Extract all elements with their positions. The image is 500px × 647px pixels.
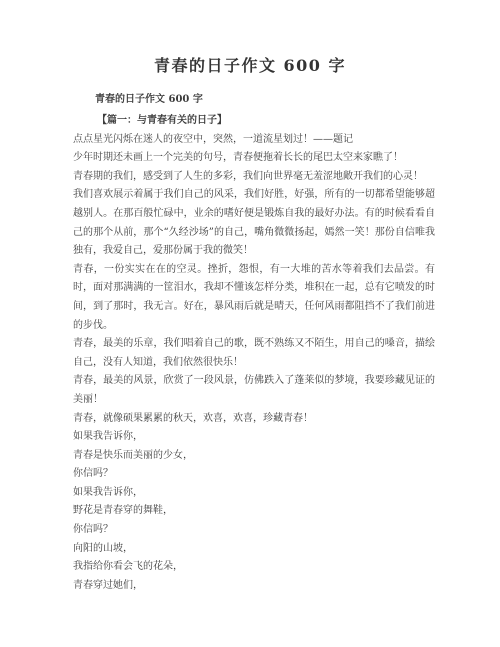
paragraph: 我们喜欢展示着属于我们自己的风采，我们好胜，好强，所有的一切都希望能够超越别人。… <box>73 186 435 260</box>
poem-line: 如果我告诉你， <box>73 484 435 503</box>
page-title: 青春的日子作文 600 字 <box>0 53 500 76</box>
poem-line: 青春是快乐而美丽的少女， <box>73 447 435 466</box>
poem-line: 你信吗？ <box>73 521 435 540</box>
poem-line: 向阳的山坡， <box>73 540 435 559</box>
subtitle: 青春的日子作文 600 字 <box>95 90 203 105</box>
document-page: 青春的日子作文 600 字 青春的日子作文 600 字 【篇一：与青春有关的日子… <box>0 0 500 647</box>
paragraph: 青春，最美的风景，欣赏了一段风景，仿佛跌入了蓬莱似的梦境，我要珍藏见证的美丽！ <box>73 372 435 409</box>
paragraph: 青春，最美的乐章，我们唱着自己的歌，既不熟练又不陌生，用自己的嗓音，描绘自己，没… <box>73 335 435 372</box>
poem-line: 如果我告诉你， <box>73 428 435 447</box>
paragraph: 青春，一份实实在在的空灵。挫折，怨恨，有一大堆的苦水等着我们去品尝。有时，面对那… <box>73 261 435 335</box>
poem-line: 野花是青春穿的舞鞋， <box>73 502 435 521</box>
paragraph: 青春期的我们，感受到了人生的多彩，我们向世界毫无羞涩地敞开我们的心灵！ <box>73 168 435 187</box>
paragraph: 青春，就像硕果累累的秋天，欢喜，欢喜，珍藏青春！ <box>73 410 435 429</box>
poem-line: 我指给你看会飞的花朵， <box>73 558 435 577</box>
paragraph: 少年时期还未画上一个完美的句号，青春便拖着长长的尾巴太空来家瞧了！ <box>73 149 435 168</box>
section-header: 【篇一：与青春有关的日子】 <box>73 112 435 131</box>
poem-line: 你信吗？ <box>73 465 435 484</box>
paragraph: 点点星光闪烁在迷人的夜空中，突然，一道流星划过！——题记 <box>73 131 435 150</box>
poem-line: 青春穿过她们， <box>73 577 435 596</box>
document-body: 【篇一：与青春有关的日子】 点点星光闪烁在迷人的夜空中，突然，一道流星划过！——… <box>73 112 435 595</box>
